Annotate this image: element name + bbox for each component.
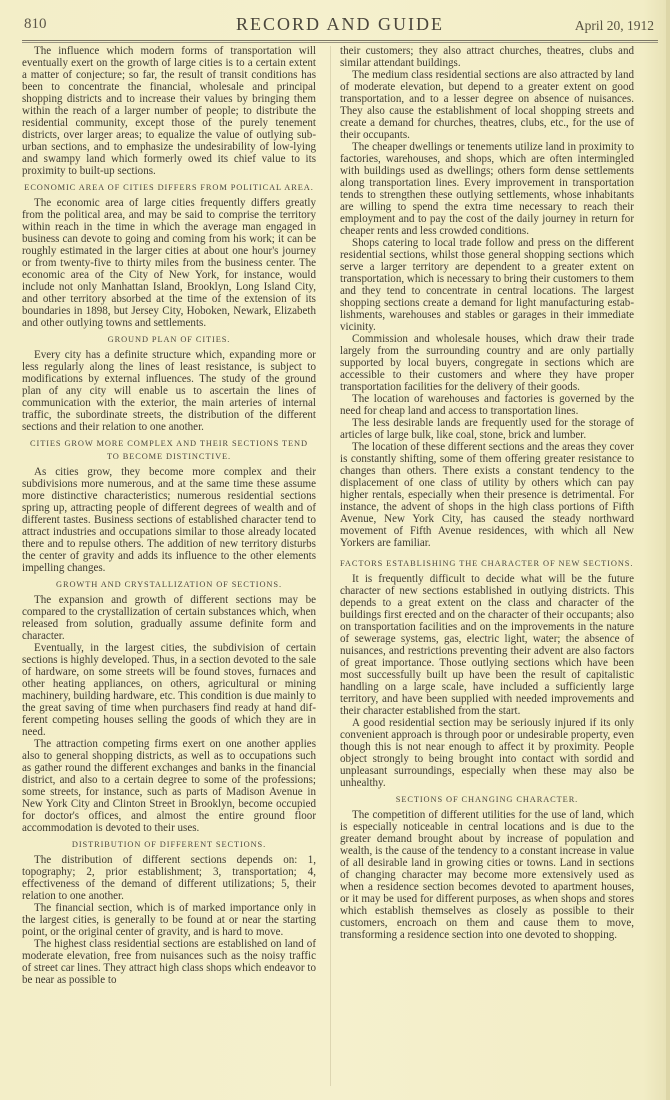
paragraph: The distribution of different sections d…	[22, 854, 316, 902]
paragraph: The less desirable lands are frequently …	[340, 417, 634, 441]
paragraph: The highest class residential sections a…	[22, 938, 316, 986]
paragraph: The financial section, which is of marke…	[22, 902, 316, 938]
section-heading: FACTORS ESTABLISHING THE CHARACTER OF NE…	[340, 557, 634, 570]
header-rule	[22, 40, 658, 43]
section-heading: GROWTH AND CRYSTALLIZATION OF SECTIONS.	[22, 578, 316, 591]
left-column: The influence which modern forms of tran…	[22, 45, 316, 986]
page-header: 810 RECORD AND GUIDE April 20, 1912	[22, 12, 658, 38]
paragraph: The economic area of large cities freque…	[22, 197, 316, 329]
section-heading: DISTRIBUTION OF DIFFERENT SECTIONS.	[22, 838, 316, 851]
section-heading: ECONOMIC AREA OF CITIES DIFFERS FROM POL…	[22, 181, 316, 194]
paragraph: Commission and wholesale houses, which d…	[340, 333, 634, 393]
section-heading-line-1: CITIES GROW MORE COMPLEX AND THEIR SECTI…	[30, 439, 308, 448]
paragraph: As cities grow, they become more complex…	[22, 466, 316, 574]
issue-date: April 20, 1912	[575, 18, 654, 34]
paragraph: A good residential section may be seriou…	[340, 717, 634, 789]
section-heading-continued: TO BECOME DISTINCTIVE.	[22, 450, 316, 463]
right-column: their customers; they also attract churc…	[340, 45, 634, 941]
paragraph-continued: their customers; they also attract churc…	[340, 45, 634, 69]
paragraph: The medium class residential sections ar…	[340, 69, 634, 141]
paragraph: The location of warehouses and factories…	[340, 393, 634, 417]
paragraph: Shops catering to local trade follow and…	[340, 237, 634, 333]
page-edge-shadow	[666, 0, 670, 1100]
section-heading: GROUND PLAN OF CITIES.	[22, 333, 316, 346]
section-heading: CITIES GROW MORE COMPLEX AND THEIR SECTI…	[22, 437, 316, 450]
masthead-title: RECORD AND GUIDE	[22, 14, 658, 35]
paragraph: The expansion and growth of different se…	[22, 594, 316, 642]
paragraph: The attraction competing firms exert on …	[22, 738, 316, 834]
column-divider	[330, 46, 331, 1086]
paragraph: Eventually, in the largest cities, the s…	[22, 642, 316, 738]
paragraph: The influence which modern forms of tran…	[22, 45, 316, 177]
paragraph: The competition of different utilities f…	[340, 809, 634, 941]
paragraph: The cheaper dwellings or tenements utili…	[340, 141, 634, 237]
newspaper-page: 810 RECORD AND GUIDE April 20, 1912 The …	[0, 0, 670, 1100]
paragraph: It is frequently difficult to decide wha…	[340, 573, 634, 717]
paragraph: The location of these different sections…	[340, 441, 634, 549]
paragraph: Every city has a definite structure whic…	[22, 349, 316, 433]
section-heading-line-2: TO BECOME DISTINCTIVE.	[107, 452, 231, 461]
section-heading: SECTIONS OF CHANGING CHARACTER.	[340, 793, 634, 806]
